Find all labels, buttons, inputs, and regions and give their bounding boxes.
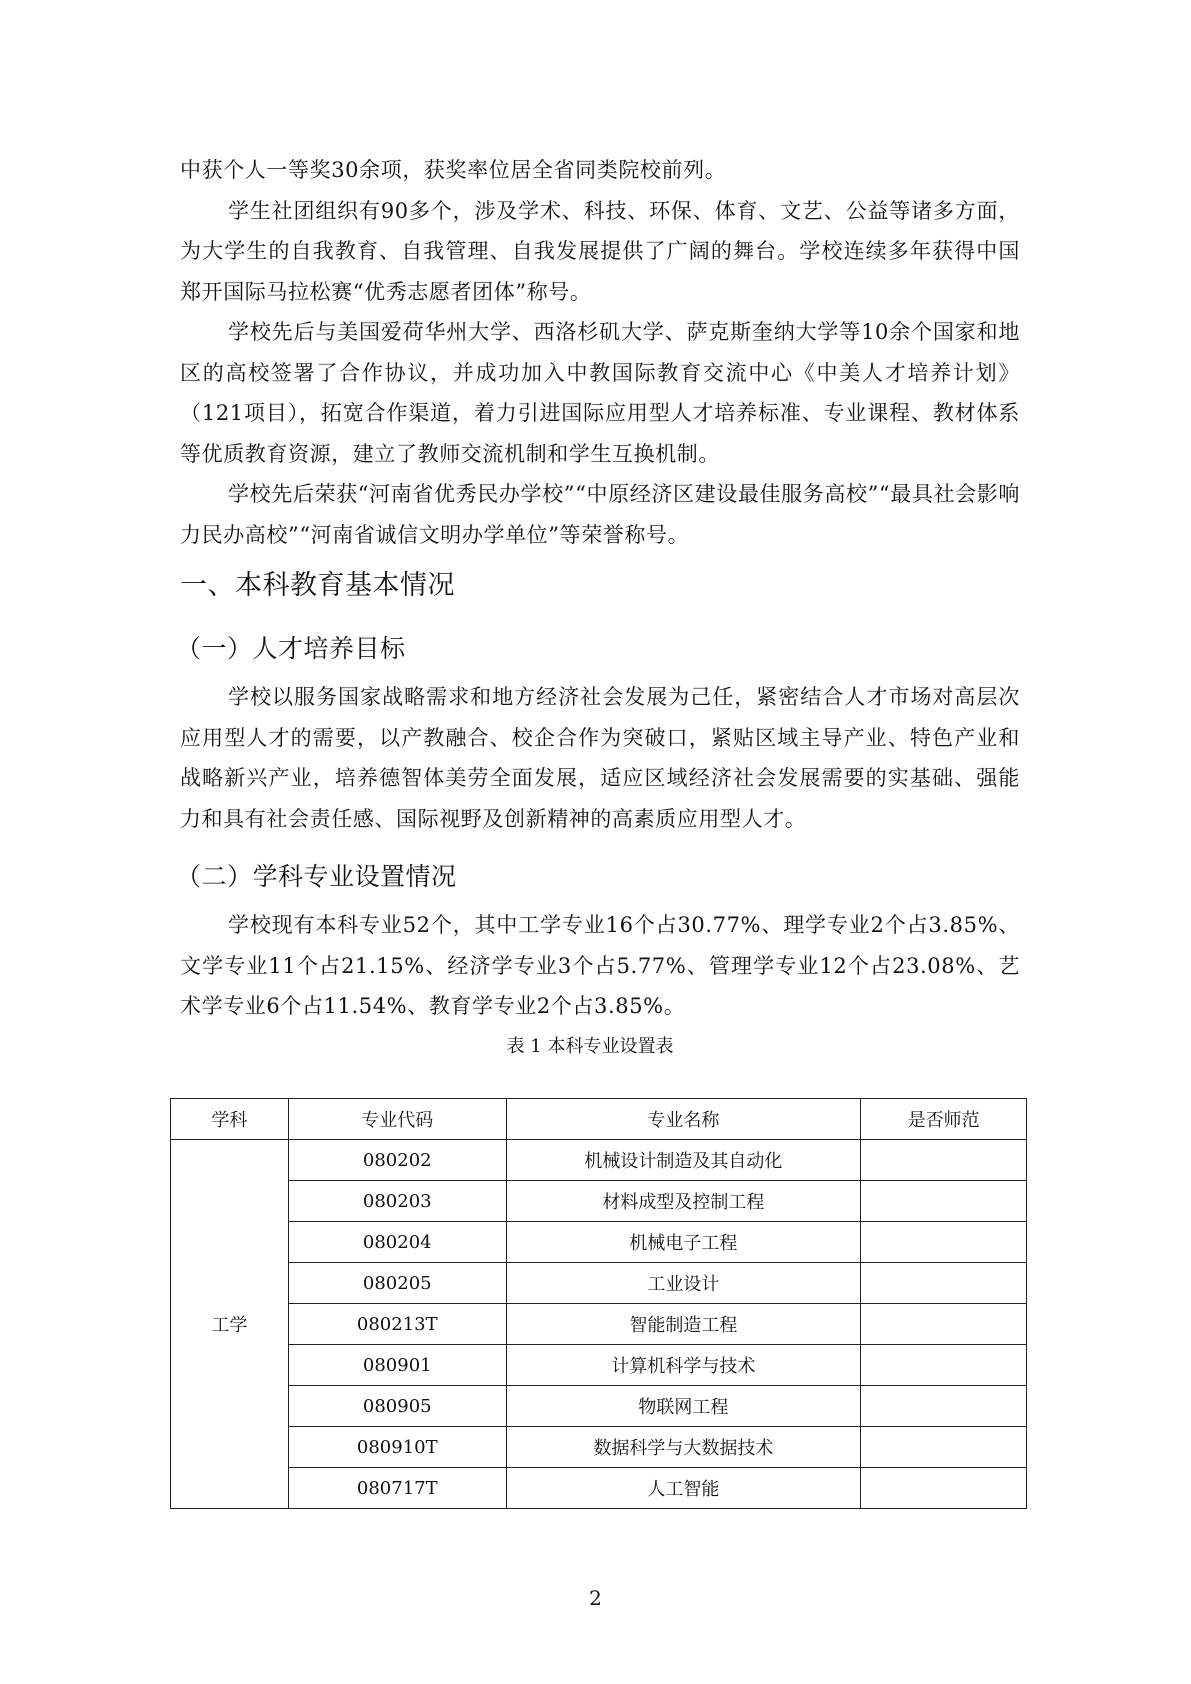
header-discipline: 学科 — [171, 1099, 289, 1140]
major-name: 物联网工程 — [506, 1386, 861, 1427]
paragraph-majors-summary: 学校现有本科专业52个，其中工学专业16个占30.77%、理学专业2个占3.85… — [180, 905, 1020, 1027]
major-code: 080205 — [288, 1263, 506, 1304]
major-code: 080213T — [288, 1304, 506, 1345]
paragraph-international-cooperation: 学校先后与美国爱荷华州大学、西洛杉矶大学、萨克斯奎纳大学等10余个国家和地区的高… — [180, 312, 1020, 474]
major-name: 机械电子工程 — [506, 1222, 861, 1263]
table-caption: 表 1 本科专业设置表 — [160, 1029, 1020, 1065]
table-row: 工学 080202 机械设计制造及其自动化 — [171, 1140, 1027, 1181]
table-row: 080901 计算机科学与技术 — [171, 1345, 1027, 1386]
paragraph-awards: 中获个人一等奖30余项，获奖率位居全省同类院校前列。 — [180, 150, 1020, 191]
major-name: 人工智能 — [506, 1468, 861, 1509]
major-name: 工业设计 — [506, 1263, 861, 1304]
header-major-code: 专业代码 — [288, 1099, 506, 1140]
table-header-row: 学科 专业代码 专业名称 是否师范 — [171, 1099, 1027, 1140]
major-name: 智能制造工程 — [506, 1304, 861, 1345]
major-code: 080717T — [288, 1468, 506, 1509]
major-name: 机械设计制造及其自动化 — [506, 1140, 861, 1181]
subsection-heading-majors: （二）学科专业设置情况 — [176, 849, 1020, 905]
paragraph-training-goals: 学校以服务国家战略需求和地方经济社会发展为己任，紧密结合人才市场对高层次应用型人… — [180, 677, 1020, 839]
header-major-name: 专业名称 — [506, 1099, 861, 1140]
majors-table: 学科 专业代码 专业名称 是否师范 工学 080202 机械设计制造及其自动化 … — [170, 1098, 1027, 1509]
major-name: 材料成型及控制工程 — [506, 1181, 861, 1222]
subsection-heading-training-goals: （一）人才培养目标 — [176, 621, 1020, 677]
is-normal — [861, 1427, 1027, 1468]
is-normal — [861, 1304, 1027, 1345]
discipline-cell: 工学 — [171, 1140, 289, 1509]
is-normal — [861, 1386, 1027, 1427]
is-normal — [861, 1468, 1027, 1509]
major-code: 080901 — [288, 1345, 506, 1386]
major-name: 计算机科学与技术 — [506, 1345, 861, 1386]
major-code: 080905 — [288, 1386, 506, 1427]
section-heading-undergraduate-overview: 一、本科教育基本情况 — [180, 561, 1020, 611]
table-row: 080910T 数据科学与大数据技术 — [171, 1427, 1027, 1468]
major-code: 080203 — [288, 1181, 506, 1222]
major-code: 080204 — [288, 1222, 506, 1263]
is-normal — [861, 1263, 1027, 1304]
is-normal — [861, 1222, 1027, 1263]
table-row: 080203 材料成型及控制工程 — [171, 1181, 1027, 1222]
is-normal — [861, 1140, 1027, 1181]
major-code: 080910T — [288, 1427, 506, 1468]
table-row: 080905 物联网工程 — [171, 1386, 1027, 1427]
paragraph-honors: 学校先后荣获“河南省优秀民办学校”“中原经济区建设最佳服务高校”“最具社会影响力… — [180, 474, 1020, 555]
is-normal — [861, 1345, 1027, 1386]
major-code: 080202 — [288, 1140, 506, 1181]
is-normal — [861, 1181, 1027, 1222]
table-row: 080717T 人工智能 — [171, 1468, 1027, 1509]
paragraph-student-clubs: 学生社团组织有90多个，涉及学术、科技、环保、体育、文艺、公益等诸多方面，为大学… — [180, 191, 1020, 313]
page-number: 2 — [0, 1586, 1191, 1610]
table-row: 080204 机械电子工程 — [171, 1222, 1027, 1263]
document-page: 中获个人一等奖30余项，获奖率位居全省同类院校前列。 学生社团组织有90多个，涉… — [0, 0, 1191, 1684]
table-row: 080205 工业设计 — [171, 1263, 1027, 1304]
page-content: 中获个人一等奖30余项，获奖率位居全省同类院校前列。 学生社团组织有90多个，涉… — [180, 150, 1020, 1065]
header-is-normal: 是否师范 — [861, 1099, 1027, 1140]
major-name: 数据科学与大数据技术 — [506, 1427, 861, 1468]
table-row: 080213T 智能制造工程 — [171, 1304, 1027, 1345]
